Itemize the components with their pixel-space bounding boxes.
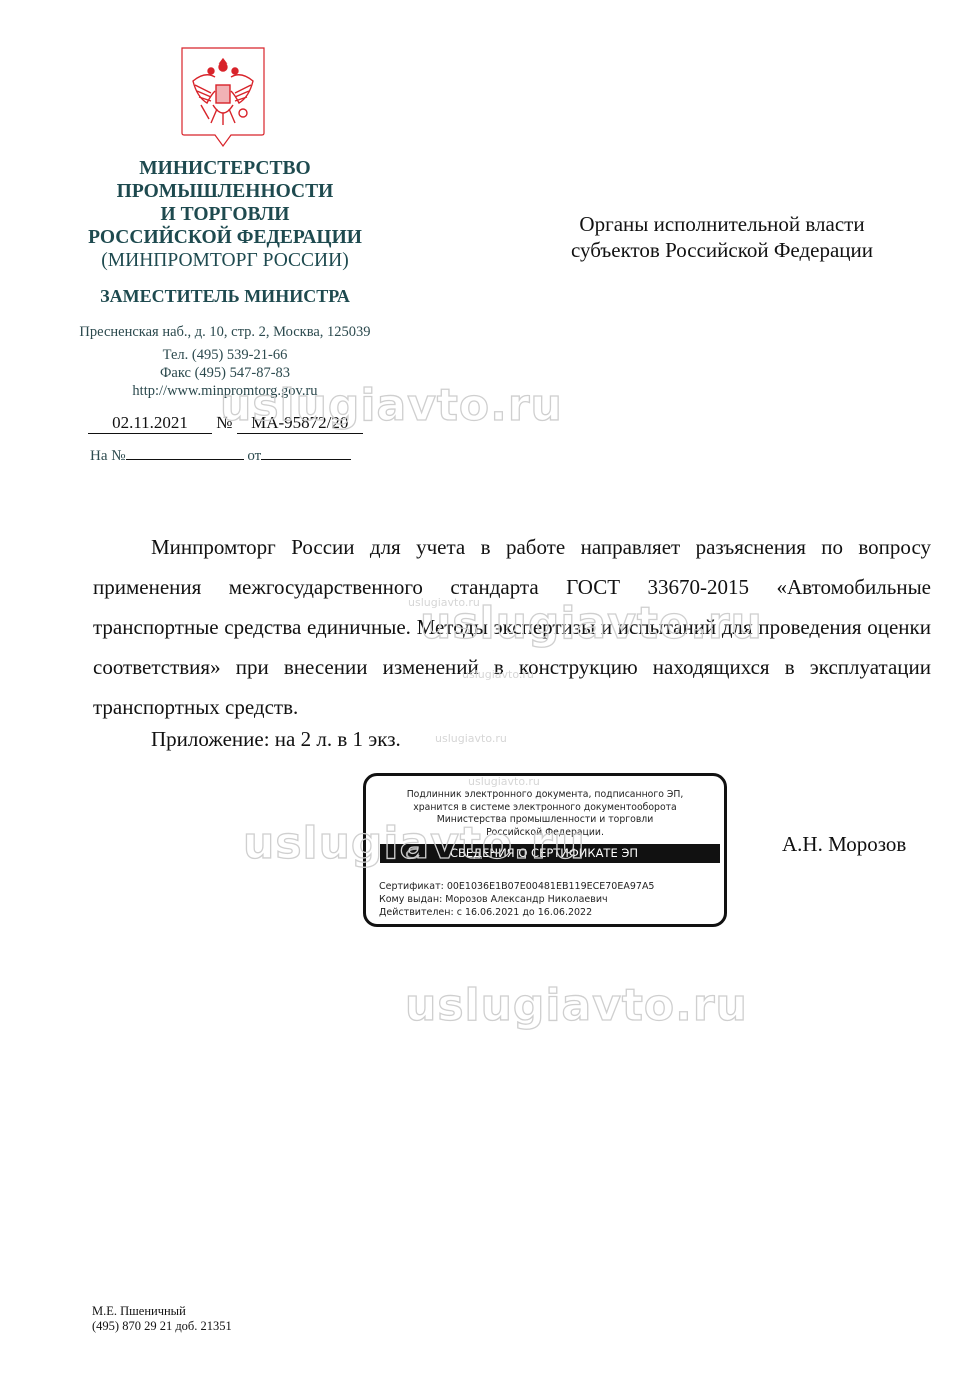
coat-of-arms-emblem [181, 47, 265, 147]
executor: М.Е. Пшеничный (495) 870 29 21 доб. 2135… [92, 1304, 232, 1334]
reply-from-label: от [247, 448, 261, 464]
certificate-info: Сертификат: 00E1036E1B07E00481EB119ECE70… [379, 880, 654, 919]
addressee-line: Органы исполнительной власти [540, 211, 904, 237]
ministry-short-name: (МИНПРОМТОРГ РОССИИ) [60, 249, 390, 272]
stamp-header-line: хранится в системе электронного документ… [366, 802, 724, 815]
stamp-header-line: Российской Федерации. [366, 827, 724, 840]
document-number: МА-95872/20 [237, 413, 363, 434]
website: http://www.minpromtorg.gov.ru [60, 382, 390, 400]
watermark-small: uslugiavto.ru [435, 732, 507, 745]
fax: Факс (495) 547-87-83 [60, 364, 390, 382]
certificate-owner: Кому выдан: Морозов Александр Николаевич [379, 893, 654, 906]
stamp-header-line: Подлинник электронного документа, подпис… [366, 789, 724, 802]
ministry-line: И ТОРГОВЛИ [60, 203, 390, 226]
addressee: Органы исполнительной власти субъектов Р… [540, 211, 904, 263]
reply-line: На № от [90, 448, 351, 465]
executor-name: М.Е. Пшеничный [92, 1304, 232, 1319]
ministry-name: МИНИСТЕРСТВО ПРОМЫШЛЕННОСТИ И ТОРГОВЛИ Р… [60, 157, 390, 272]
addressee-line: субъектов Российской Федерации [540, 237, 904, 263]
phone: Тел. (495) 539-21-66 [60, 346, 390, 364]
ministry-line: РОССИЙСКОЙ ФЕДЕРАЦИИ [60, 226, 390, 249]
ministry-line: ПРОМЫШЛЕННОСТИ [60, 180, 390, 203]
russian-coat-of-arms-icon [181, 47, 265, 147]
stamp-header-line: Министерства промышленности и торговли [366, 814, 724, 827]
signature-logo-icon [404, 847, 422, 860]
reply-number-label: На № [90, 448, 126, 464]
certificate-bar: СВЕДЕНИЯ О СЕРТИФИКАТЕ ЭП [380, 844, 720, 863]
reply-number-field [126, 459, 244, 460]
letter-body: Минпромторг России для учета в работе на… [93, 527, 931, 727]
certificate-bar-label: СВЕДЕНИЯ О СЕРТИФИКАТЕ ЭП [450, 844, 638, 863]
attachment-note: Приложение: на 2 л. в 1 экз. [151, 727, 401, 752]
number-label: № [216, 413, 232, 432]
signer-name: А.Н. Морозов [782, 832, 906, 857]
position-title: ЗАМЕСТИТЕЛЬ МИНИСТРА [60, 286, 390, 307]
watermark: uslugiavto.ru [405, 980, 748, 1031]
certificate-id: Сертификат: 00E1036E1B07E00481EB119ECE70… [379, 880, 654, 893]
ministry-line: МИНИСТЕРСТВО [60, 157, 390, 180]
address: Пресненская наб., д. 10, стр. 2, Москва,… [60, 323, 390, 341]
reply-date-field [261, 459, 351, 460]
document-date: 02.11.2021 [88, 413, 212, 434]
body-paragraph: Минпромторг России для учета в работе на… [93, 527, 931, 727]
certificate-validity: Действителен: с 16.06.2021 до 16.06.2022 [379, 906, 654, 919]
registration-line: 02.11.2021 № МА-95872/20 [88, 413, 363, 434]
executor-phone: (495) 870 29 21 доб. 21351 [92, 1319, 232, 1334]
stamp-header: Подлинник электронного документа, подпис… [366, 789, 724, 839]
e-signature-stamp: Подлинник электронного документа, подпис… [363, 773, 727, 927]
